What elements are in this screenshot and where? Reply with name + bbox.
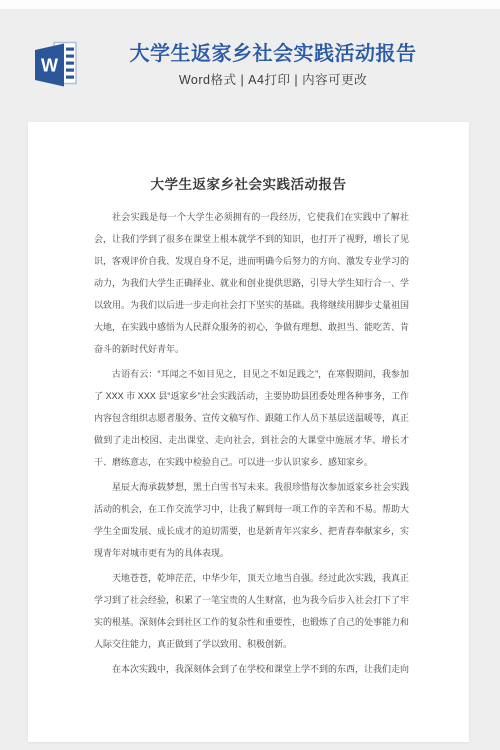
header-subtitle: Word格式 | A4打印 | 内容可更改 — [46, 74, 500, 87]
paragraph: 古语有云：“耳闻之不如目见之，目见之不如足践之”，在寒假期间，我参加了 XXX … — [94, 363, 409, 473]
paragraph: 天地苍苍，乾坤茫茫，中华少年，顶天立地当自强。经过此次实践，我真正学习到了社会经… — [94, 567, 409, 655]
template-preview: W 大学生返家乡社会实践活动报告 Word格式 | A4打印 | 内容可更改 大… — [0, 0, 500, 750]
paragraph: 社会实践是每一个大学生必须拥有的一段经历，它使我们在实践中了解社会，让我们学到了… — [94, 206, 409, 360]
document-title: 大学生返家乡社会实践活动报告 — [28, 122, 469, 193]
app-header: W 大学生返家乡社会实践活动报告 Word格式 | A4打印 | 内容可更改 — [0, 0, 500, 122]
document-page: 大学生返家乡社会实践活动报告 社会实践是每一个大学生必须拥有的一段经历，它使我们… — [28, 122, 469, 742]
header-title: 大学生返家乡社会实践活动报告 — [46, 44, 500, 64]
paragraph: 星辰大海承载梦想，黑土白雪书写未来。我很珍惜每次参加返家乡社会实践活动的机会，在… — [94, 476, 409, 564]
paragraph: 在本次实践中，我深刻体会到了在学校和课堂上学不到的东西，让我们走向 — [94, 658, 409, 680]
document-body: 社会实践是每一个大学生必须拥有的一段经历，它使我们在实践中了解社会，让我们学到了… — [94, 206, 409, 680]
header-text: 大学生返家乡社会实践活动报告 Word格式 | A4打印 | 内容可更改 — [46, 44, 500, 87]
